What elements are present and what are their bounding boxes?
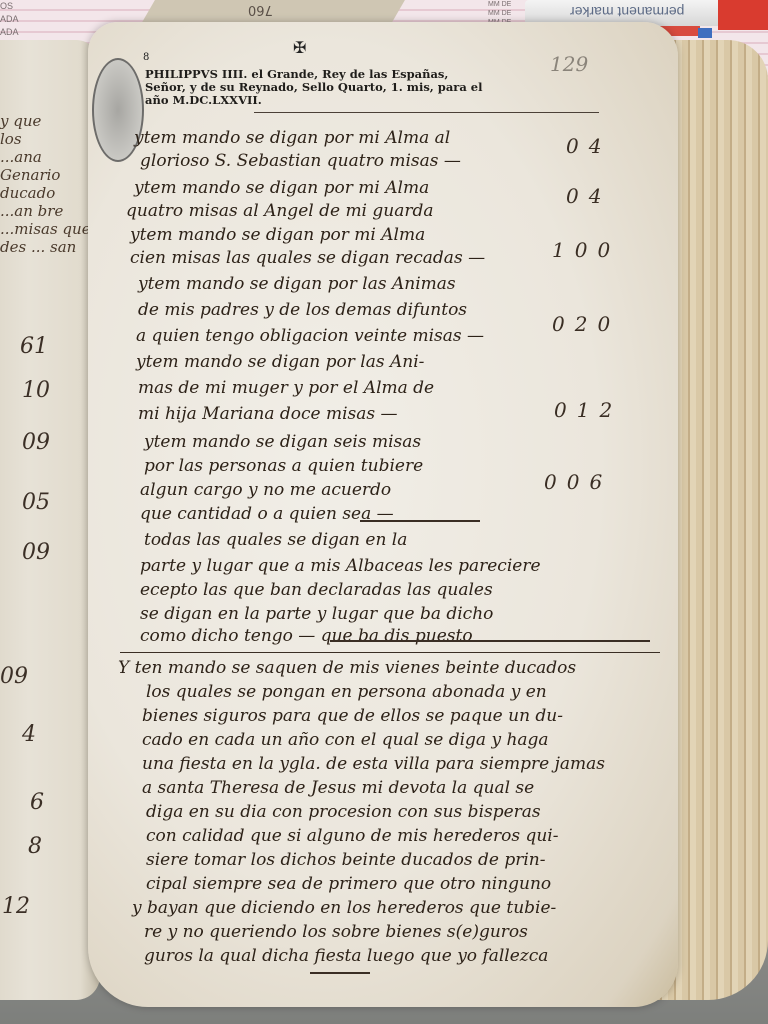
left-fragment: ...an bre (0, 202, 95, 220)
index-card (141, 0, 405, 24)
handwritten-line: cien misas las quales se digan recadas — (130, 248, 485, 268)
printed-seal-header: PHILIPPVS IIII. el Grande, Rey de las Es… (145, 68, 483, 107)
index-card-number: 760 (248, 2, 273, 17)
tag-label: MM DE (488, 9, 511, 18)
left-fragment: los (0, 130, 95, 148)
left-margin-number: 09 (22, 540, 50, 565)
handwritten-line: ytem mando se digan seis misas (144, 432, 421, 452)
handwritten-line: quatro misas al Angel de mi guarda (126, 201, 434, 221)
handwritten-line: re y no queriendo los sobre bienes s(e)g… (144, 922, 528, 942)
bg-label: ADA (0, 26, 19, 39)
cross-icon: ✠ (293, 38, 306, 57)
handwritten-line: ytem mando se digan por mi Alma al (134, 128, 450, 148)
marker-cap (718, 0, 768, 30)
bg-label: ADA (0, 13, 19, 26)
printed-line: año M.DC.LXXVII. (145, 94, 483, 107)
left-page-text: y que los ...ana Genario ducado ...an br… (0, 112, 95, 256)
left-margin-number: 09 (0, 664, 28, 689)
handwritten-line: diga en su dia con procesion con sus bis… (146, 802, 541, 822)
ink-rule (310, 972, 370, 974)
margin-amount: 04 (566, 184, 611, 208)
handwritten-line: siere tomar los dichos beinte ducados de… (146, 850, 545, 870)
margin-amount: 020 (552, 312, 620, 336)
left-margin-number: 8 (28, 834, 42, 859)
handwritten-line: cado en cada un año con el qual se diga … (142, 730, 549, 750)
handwritten-line: glorioso S. Sebastian quatro misas — (140, 151, 461, 171)
small-page-number: 8 (143, 52, 149, 63)
handwritten-line: a quien tengo obligacion veinte misas — (136, 326, 484, 346)
handwritten-line: una fiesta en la ygla. de esta villa par… (142, 754, 605, 774)
handwritten-line: y bayan que diciendo en los herederos qu… (132, 898, 556, 918)
handwritten-line: todas las quales se digan en la (144, 530, 407, 550)
handwritten-line: con calidad que si alguno de mis hereder… (146, 826, 558, 846)
margin-amount: 012 (554, 398, 622, 422)
handwritten-line: se digan en la parte y lugar que ba dich… (140, 604, 493, 624)
handwritten-line: ytem mando se digan por mi Alma (130, 225, 425, 245)
handwritten-line: cipal siempre sea de primero que otro ni… (146, 874, 551, 894)
left-fragment: ducado (0, 184, 95, 202)
margin-amount: 006 (544, 470, 612, 494)
header-rule (254, 112, 599, 113)
handwritten-line: que cantidad o a quien sea — (140, 504, 394, 524)
left-fragment: ...ana (0, 148, 95, 166)
handwritten-line: ytem mando se digan por las Animas (138, 274, 456, 294)
handwritten-line: ytem mando se digan por las Ani- (136, 352, 424, 372)
left-margin-number: 09 (22, 430, 50, 455)
bg-label: OS (0, 0, 19, 13)
left-fragment: y que (0, 112, 95, 130)
section-divider (120, 652, 660, 653)
left-margin-number: 6 (30, 790, 44, 815)
handwritten-line: mas de mi muger y por el Alma de (138, 378, 434, 398)
handwritten-line: guros la qual dicha fiesta luego que yo … (144, 946, 548, 966)
margin-amount: 04 (566, 134, 611, 158)
ink-rule (360, 520, 480, 522)
left-margin-number: 61 (20, 334, 48, 359)
handwritten-line: ecepto las que ban declaradas las quales (140, 580, 493, 600)
left-fragment: des ... san (0, 238, 95, 256)
left-margin-number: 05 (22, 490, 50, 515)
handwritten-line: ytem mando se digan por mi Alma (134, 178, 429, 198)
handwritten-line: parte y lugar que a mis Albaceas les par… (140, 556, 541, 576)
handwritten-line: los quales se pongan en persona abonada … (146, 682, 547, 702)
handwritten-line: mi hija Mariana doce misas — (138, 404, 398, 424)
left-fragment: Genario (0, 166, 95, 184)
tag-label: MM DE (488, 0, 511, 9)
margin-amount: 100 (552, 238, 620, 262)
handwritten-line: bienes siguros para que de ellos se paqu… (142, 706, 563, 726)
left-margin-number: 10 (22, 378, 50, 403)
handwritten-line: de mis padres y de los demas difuntos (138, 300, 467, 320)
folio-number: 129 (550, 52, 588, 76)
marker-blue-mark (698, 28, 712, 38)
handwritten-line: como dicho tengo — que ba dis puesto (140, 626, 473, 646)
left-margin-number: 12 (2, 894, 30, 919)
left-fragment: ...misas que (0, 220, 95, 238)
handwritten-line: algun cargo y no me acuerdo (140, 480, 391, 500)
ink-rule (330, 640, 650, 642)
left-margin-number: 4 (22, 722, 36, 747)
handwritten-line: Y ten mando se saquen de mis vienes bein… (118, 658, 576, 678)
handwritten-line: por las personas a quien tubiere (144, 456, 423, 476)
marker-label: permanent marker (570, 4, 684, 20)
handwritten-line: a santa Theresa de Jesus mi devota la qu… (142, 778, 534, 798)
